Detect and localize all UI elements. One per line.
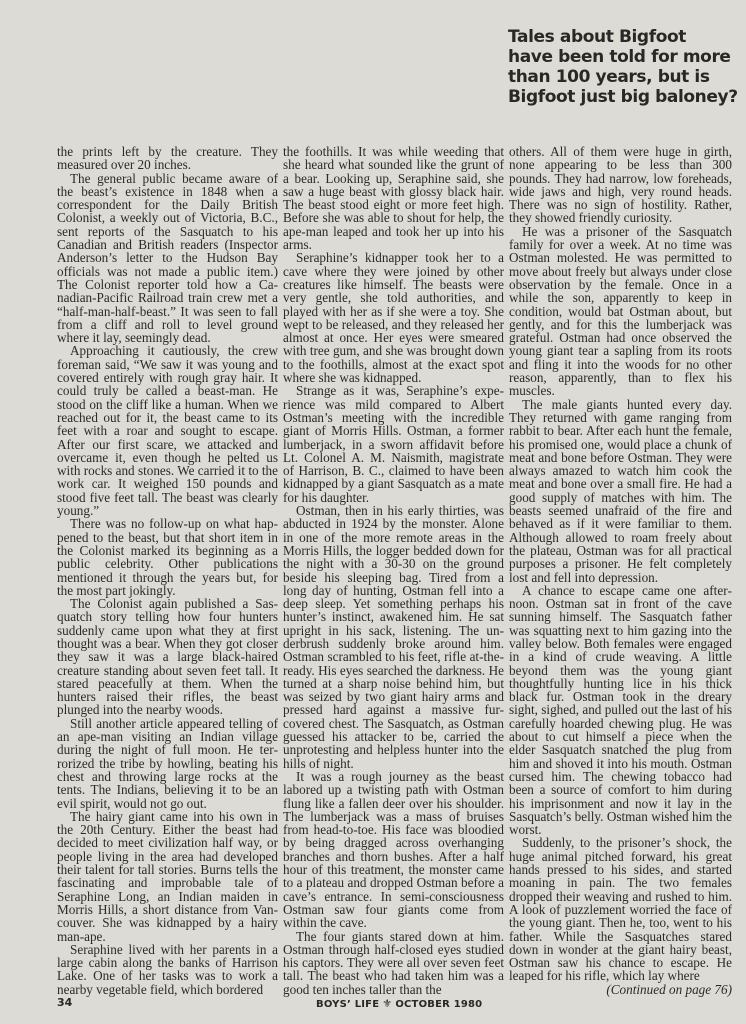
- magazine-footer: BOYS’ LIFE⚜OCTOBER 1980: [316, 997, 482, 1010]
- continued-on-link[interactable]: (Continued on page 76): [606, 983, 732, 996]
- paragraph: The Colonist again published a Sas­quatc…: [57, 597, 278, 717]
- headline-line: have been told for more: [508, 47, 744, 67]
- paragraph: The four giants stared down at him. Ostm…: [283, 930, 504, 996]
- headline-line: Tales about Bigfoot: [508, 27, 744, 47]
- paragraph: Seraphine’s kidnapper took her to a cave…: [283, 251, 504, 384]
- paragraph: The male giants hunted every day. They r…: [509, 398, 732, 584]
- paragraph: Approaching it cautiously, the crew fore…: [57, 344, 278, 517]
- paragraph: others. All of them were huge in girth, …: [509, 145, 732, 225]
- paragraph: Strange as it was, Seraphine’s expe­rien…: [283, 384, 504, 504]
- paragraph: The hairy giant came into his own in the…: [57, 810, 278, 943]
- paragraph: the prints left by the creature. They me…: [57, 145, 278, 172]
- text-column-3: others. All of them were huge in girth, …: [509, 145, 732, 996]
- magazine-name: BOYS’ LIFE: [316, 999, 379, 1010]
- headline-line: than 100 years, but is: [508, 67, 744, 87]
- paragraph: Ostman, then in his early thirties, was …: [283, 504, 504, 770]
- fleur-de-lis-icon: ⚜: [382, 997, 392, 1010]
- headline-line: Bigfoot just big baloney?: [508, 87, 744, 107]
- paragraph: the foothills. It was while weeding that…: [283, 145, 504, 251]
- paragraph: It was a rough journey as the beast labo…: [283, 770, 504, 930]
- article-deck-headline: Tales about Bigfoot have been told for m…: [508, 27, 744, 107]
- paragraph: Seraphine lived with her parents in a la…: [57, 943, 278, 996]
- page-number: 34: [57, 996, 72, 1009]
- paragraph: He was a prisoner of the Sasquatch famil…: [509, 225, 732, 398]
- text-column-1: the prints left by the creature. They me…: [57, 145, 278, 996]
- paragraph: The general public became aware of the b…: [57, 172, 278, 345]
- issue-date: OCTOBER 1980: [395, 999, 482, 1010]
- paragraph: A chance to escape came one after­noon. …: [509, 584, 732, 837]
- paragraph: Still another article appeared telling o…: [57, 717, 278, 810]
- paragraph: Suddenly, to the prisoner’s shock, the h…: [509, 836, 732, 982]
- paragraph: There was no follow-up on what hap­pened…: [57, 517, 278, 597]
- text-column-2: the foothills. It was while weeding that…: [283, 145, 504, 996]
